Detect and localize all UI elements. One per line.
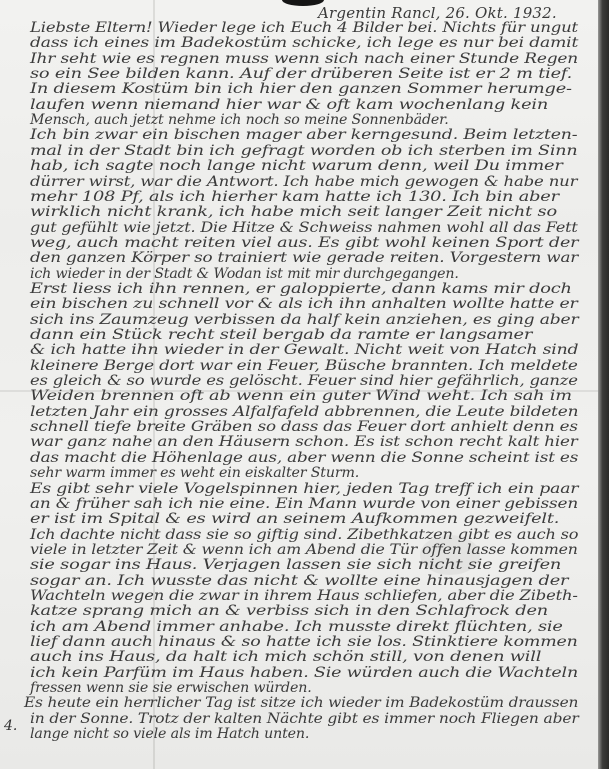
letter-line: Es heute ein herrlicher Tag ist sitze ic… <box>24 695 578 711</box>
letter-line: an & früher sah ich nie eine. Ein Mann w… <box>30 496 578 512</box>
letter-line: Wachteln wegen die zwar in ihrem Haus sc… <box>30 588 578 604</box>
letter-line: In diesem Kostüm bin ich hier den ganzen… <box>30 81 572 97</box>
letter-line: fressen wenn sie sie erwischen würden. <box>30 680 312 696</box>
letter-line: dass ich eines im Badekostüm schicke, ic… <box>30 35 578 51</box>
letter-line: gut gefühlt wie jetzt. Die Hitze & Schwe… <box>30 220 578 236</box>
letter-line: Ich dachte nicht dass sie so giftig sind… <box>30 527 578 543</box>
letter-line: katze sprang mich an & verbiss sich in d… <box>30 603 548 619</box>
letter-line: Erst liess ich ihn rennen, er galoppiert… <box>30 281 572 297</box>
letter-line: es gleich & so wurde es gelöscht. Feuer … <box>30 373 578 389</box>
letter-line: wirklich nicht krank, ich habe mich seit… <box>30 204 557 220</box>
letter-line: Ich bin zwar ein bischen mager aber kern… <box>30 127 577 143</box>
letter-line: laufen wenn niemand hier war & oft kam w… <box>30 97 548 113</box>
letter-line: sich ins Zaumzeug verbissen da half kein… <box>30 312 579 328</box>
letter-line: Liebste Eltern! Wieder lege ich Euch 4 B… <box>30 20 578 36</box>
letter-line: in der Sonne. Trotz der kalten Nächte gi… <box>30 711 579 727</box>
letter-line: lief dann auch hinaus & so hatte ich sie… <box>30 634 578 650</box>
page-number-note: 4. <box>4 718 17 734</box>
letter-page: Argentin Rancl, 26. Okt. 1932. Liebste E… <box>0 0 598 769</box>
letter-line: auch ins Haus, da halt ich mich schön st… <box>30 649 541 665</box>
letter-line: letzten Jahr ein grosses Alfalfafeld abb… <box>30 404 578 420</box>
letter-line: Mensch, auch jetzt nehme ich noch so mei… <box>30 112 449 128</box>
letter-line: mehr 108 Pf, als ich hierher kam hatte i… <box>30 189 559 205</box>
letter-line: Ihr seht wie es regnen muss wenn sich na… <box>30 51 578 67</box>
letter-line: lange nicht so viele als im Hatch unten. <box>30 726 309 742</box>
letter-line: ein bischen zu schnell vor & als ich ihn… <box>30 296 578 312</box>
letter-line: ich kein Parfüm im Haus haben. Sie würde… <box>30 665 578 681</box>
letter-line: mal in der Stadt bin ich gefragt worden … <box>30 143 577 159</box>
letter-line: sie sogar ins Haus. Verjagen lassen sie … <box>30 557 561 573</box>
letter-line: viele in letzter Zeit & wenn ich am Aben… <box>30 542 578 558</box>
letter-line: Weiden brennen oft ab wenn ein guter Win… <box>30 388 572 404</box>
letter-line: ich am Abend immer anhabe. Ich musste di… <box>30 619 563 635</box>
letter-line: hab, ich sagte noch lange nicht warum de… <box>30 158 563 174</box>
letter-line: dann ein Stück recht steil bergab da ram… <box>30 327 532 343</box>
letter-line: den ganzen Körper so trainiert wie gerad… <box>30 250 578 266</box>
letter-line: so ein See bilden kann. Auf der drüberen… <box>30 66 572 82</box>
letter-line: kleinere Berge dort war ein Feuer, Büsch… <box>30 358 578 374</box>
letter-line: ich wieder in der Stadt & Wodan ist mit … <box>30 266 459 282</box>
letter-line: war ganz nahe an den Häusern schon. Es i… <box>30 434 578 450</box>
letter-line: dürrer wirst, war die Antwort. Ich habe … <box>30 174 577 190</box>
scan-edge <box>598 0 609 769</box>
letter-line: das macht die Höhenlage aus, aber wenn d… <box>30 450 578 466</box>
letter-line: sogar an. Ich wusste das nicht & wollte … <box>30 573 568 589</box>
letter-line: Es gibt sehr viele Vogelspinnen hier, je… <box>30 481 578 497</box>
letter-line: & ich hatte ihn wieder in der Gewalt. Ni… <box>30 342 578 358</box>
letter-line: sehr warm immer es weht ein eiskalter St… <box>30 465 359 481</box>
letter-line: schnell tiefe breite Gräben so dass das … <box>30 419 578 435</box>
letter-line: er ist im Spital & es wird an seinem Auf… <box>30 511 559 527</box>
letter-line: weg, auch macht reiten viel aus. Es gibt… <box>30 235 578 251</box>
